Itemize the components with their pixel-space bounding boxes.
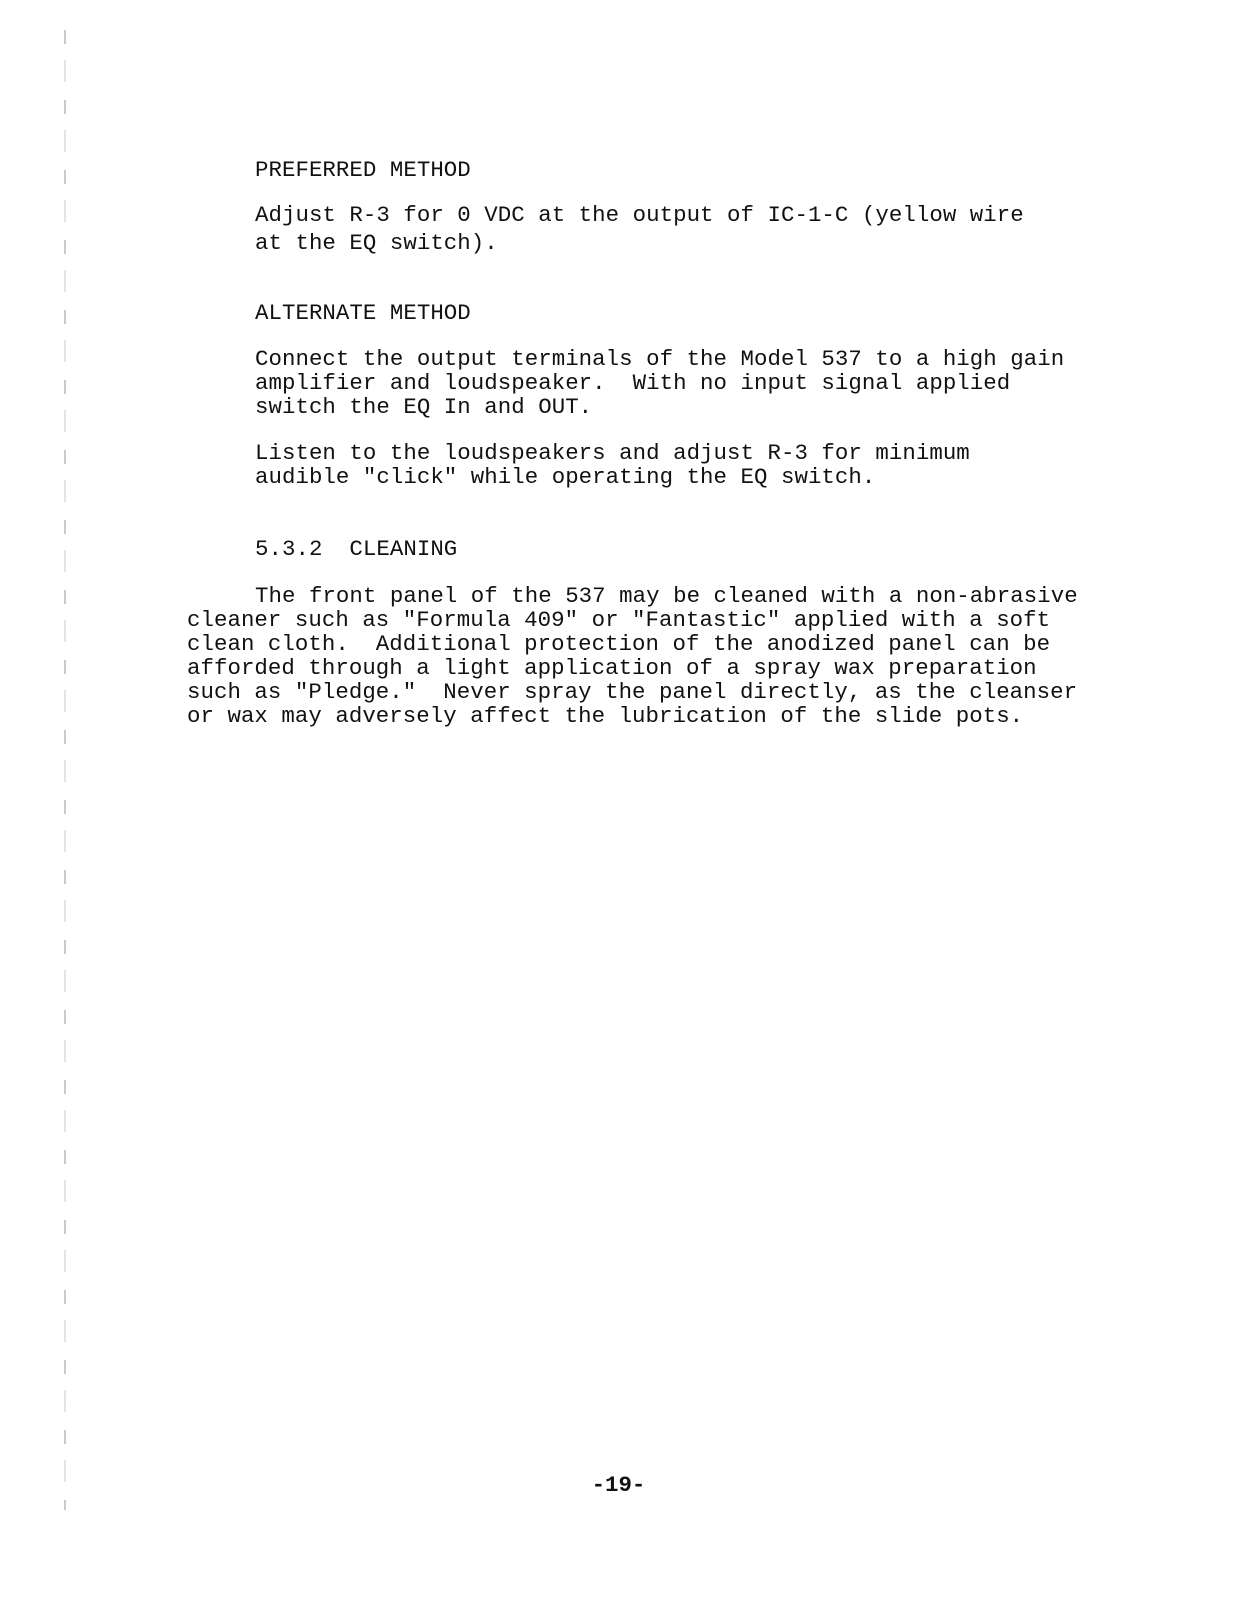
- preferred-method-heading: PREFERRED METHOD: [255, 158, 471, 182]
- cleaning-section-heading: 5.3.2 CLEANING: [255, 537, 457, 561]
- alternate-method-para2-line-1: Listen to the loudspeakers and adjust R-…: [255, 441, 970, 465]
- cleaning-text-line-6: or wax may adversely affect the lubricat…: [187, 704, 1023, 728]
- cleaning-text-line-3: clean cloth. Additional protection of th…: [187, 632, 1050, 656]
- cleaning-text-line-5: such as "Pledge." Never spray the panel …: [187, 680, 1077, 704]
- scan-edge-artifact: [64, 30, 66, 1510]
- cleaning-text-line-4: afforded through a light application of …: [187, 656, 1037, 680]
- alternate-method-para2-line-2: audible "click" while operating the EQ s…: [255, 465, 875, 489]
- alternate-method-heading: ALTERNATE METHOD: [255, 301, 471, 325]
- cleaning-text-line-2: cleaner such as "Formula 409" or "Fantas…: [187, 608, 1050, 632]
- page-number: -19-: [0, 1473, 1237, 1497]
- alternate-method-para1-line-1: Connect the output terminals of the Mode…: [255, 347, 1064, 371]
- cleaning-text-line-1: The front panel of the 537 may be cleane…: [255, 584, 1078, 608]
- preferred-method-text-line-1: Adjust R-3 for 0 VDC at the output of IC…: [255, 203, 1024, 227]
- alternate-method-para1-line-2: amplifier and loudspeaker. With no input…: [255, 371, 1010, 395]
- alternate-method-para1-line-3: switch the EQ In and OUT.: [255, 395, 592, 419]
- document-page: PREFERRED METHOD Adjust R-3 for 0 VDC at…: [0, 0, 1237, 1600]
- preferred-method-text-line-2: at the EQ switch).: [255, 231, 498, 255]
